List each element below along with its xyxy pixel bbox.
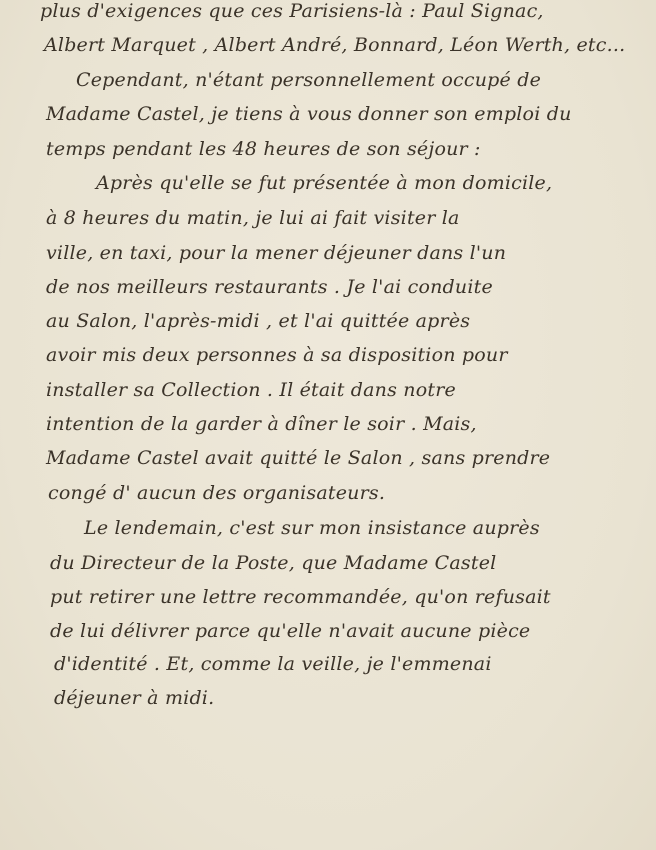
letter-line: du Directeur de la Poste, que Madame Cas… bbox=[50, 554, 496, 573]
letter-page: plus d'exigences que ces Parisiens-là : … bbox=[0, 0, 656, 850]
letter-line: Après qu'elle se fut présentée à mon dom… bbox=[96, 174, 552, 193]
letter-line: au Salon, l'après-midi , et l'ai quittée… bbox=[46, 312, 470, 331]
letter-line: déjeuner à midi. bbox=[54, 689, 214, 708]
letter-line: Madame Castel, je tiens à vous donner so… bbox=[46, 105, 572, 124]
letter-line: à 8 heures du matin, je lui ai fait visi… bbox=[46, 209, 460, 228]
letter-line: installer sa Collection . Il était dans … bbox=[46, 381, 456, 400]
letter-line: avoir mis deux personnes à sa dispositio… bbox=[46, 346, 508, 365]
letter-line: put retirer une lettre recommandée, qu'o… bbox=[50, 588, 551, 607]
letter-line: congé d' aucun des organisateurs. bbox=[48, 484, 385, 503]
letter-line: Albert Marquet , Albert André, Bonnard, … bbox=[44, 36, 625, 55]
letter-line: d'identité . Et, comme la veille, je l'e… bbox=[54, 655, 492, 674]
letter-line: plus d'exigences que ces Parisiens-là : … bbox=[40, 2, 544, 21]
letter-line: Cependant, n'étant personnellement occup… bbox=[76, 71, 541, 90]
letter-line: Le lendemain, c'est sur mon insistance a… bbox=[84, 519, 540, 538]
letter-line: de nos meilleurs restaurants . Je l'ai c… bbox=[46, 278, 493, 297]
letter-line: ville, en taxi, pour la mener déjeuner d… bbox=[46, 244, 506, 263]
letter-line: temps pendant les 48 heures de son séjou… bbox=[46, 140, 481, 159]
letter-line: Madame Castel avait quitté le Salon , sa… bbox=[46, 449, 550, 468]
letter-line: intention de la garder à dîner le soir .… bbox=[46, 415, 477, 434]
letter-line: de lui délivrer parce qu'elle n'avait au… bbox=[50, 622, 530, 641]
